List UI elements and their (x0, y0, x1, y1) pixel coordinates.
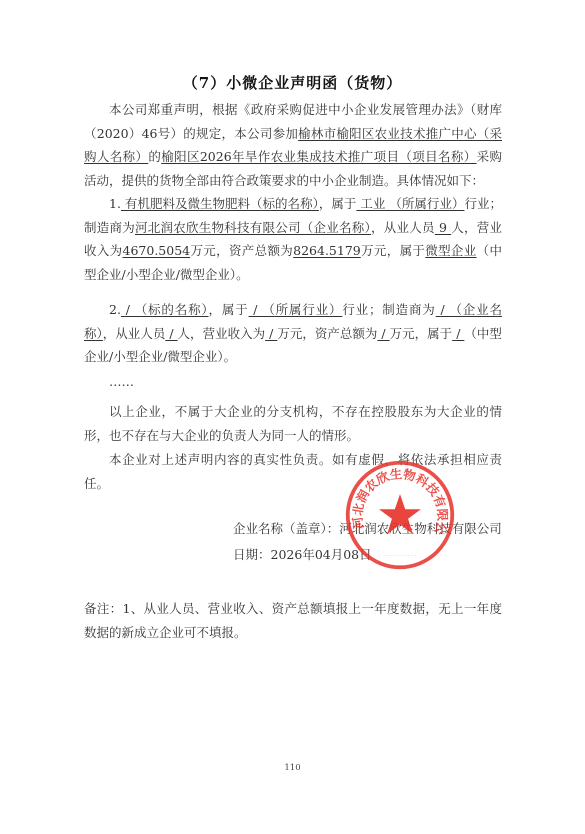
enterprise-size: 微型企业 (425, 243, 476, 258)
employees: 9 (435, 220, 451, 235)
item-text: ，从业人员 (103, 326, 166, 341)
item-1-paragraph: 1. 有机肥料及微生物肥料（标的名称），属于 工业 （所属行业）行业；制造商为河… (84, 192, 502, 286)
project-name: 榆阳区2026年旱作农业集成技术推广项目（项目名称） (161, 149, 476, 164)
svg-text:· · · · · · · · · · ·: · · · · · · · · · · · (384, 554, 416, 559)
item-text: 行业；制造商为 (342, 302, 435, 317)
item-text: 万元，资产总额为 (277, 326, 377, 341)
revenue: / (265, 326, 277, 341)
subject-name: 有机肥料及微生物肥料（标的名称） (121, 196, 319, 211)
note: 备注：1、从业人员、营业收入、资产总额填报上一年度数据，无上一年度数据的新成立企… (84, 597, 502, 644)
date-label: 日期： (233, 547, 271, 562)
item-text: ，属于 (319, 196, 357, 211)
subject-name: / （标的名称） (121, 302, 209, 317)
ellipsis: …… (84, 370, 502, 394)
item-text: 万元，属于 (390, 326, 453, 341)
page-number: 110 (0, 763, 585, 773)
manufacturer: 河北润农欣生物科技有限公司（企业名称） (135, 220, 371, 235)
item-text: 万元，资产总额为 (190, 243, 293, 258)
item-text: 万元，属于 (361, 243, 426, 258)
item-number: 1. (109, 196, 121, 211)
item-text: ，从业人员 (371, 220, 435, 235)
page-title: （7）小微企业声明函（货物） (0, 72, 585, 93)
intro-paragraph: 本公司郑重声明，根据《政府采购促进中小企业发展管理办法》（财库（2020）46号… (84, 98, 502, 192)
company-seal-icon: 河北润农欣生物科技有限公司 · · · · · · · · · · · (343, 458, 457, 572)
employees: / (165, 326, 177, 341)
document-page: （7）小微企业声明函（货物） 本公司郑重声明，根据《政府采购促进中小企业发展管理… (0, 0, 585, 834)
assets: / (377, 326, 389, 341)
item-text: 人，营业收入为 (178, 326, 266, 341)
enterprise-size: / (452, 326, 464, 341)
item-text: ，属于 (209, 302, 249, 317)
intro-text: 的 (148, 149, 161, 164)
industry: 工业 （所属行业） (356, 196, 464, 211)
industry: / （所属行业） (249, 302, 343, 317)
statement-no-large-enterprise: 以上企业，不属于大企业的分支机构，不存在控股股东为大企业的情形，也不存在与大企业… (84, 400, 502, 447)
company-label: 企业名称（盖章）： (233, 521, 339, 536)
revenue: 4670.5054 (123, 243, 191, 258)
item-number: 2. (109, 302, 121, 317)
item-2-paragraph: 2. / （标的名称），属于 / （所属行业）行业；制造商为 / （企业名称），… (84, 298, 502, 369)
assets: 8264.5179 (293, 243, 361, 258)
